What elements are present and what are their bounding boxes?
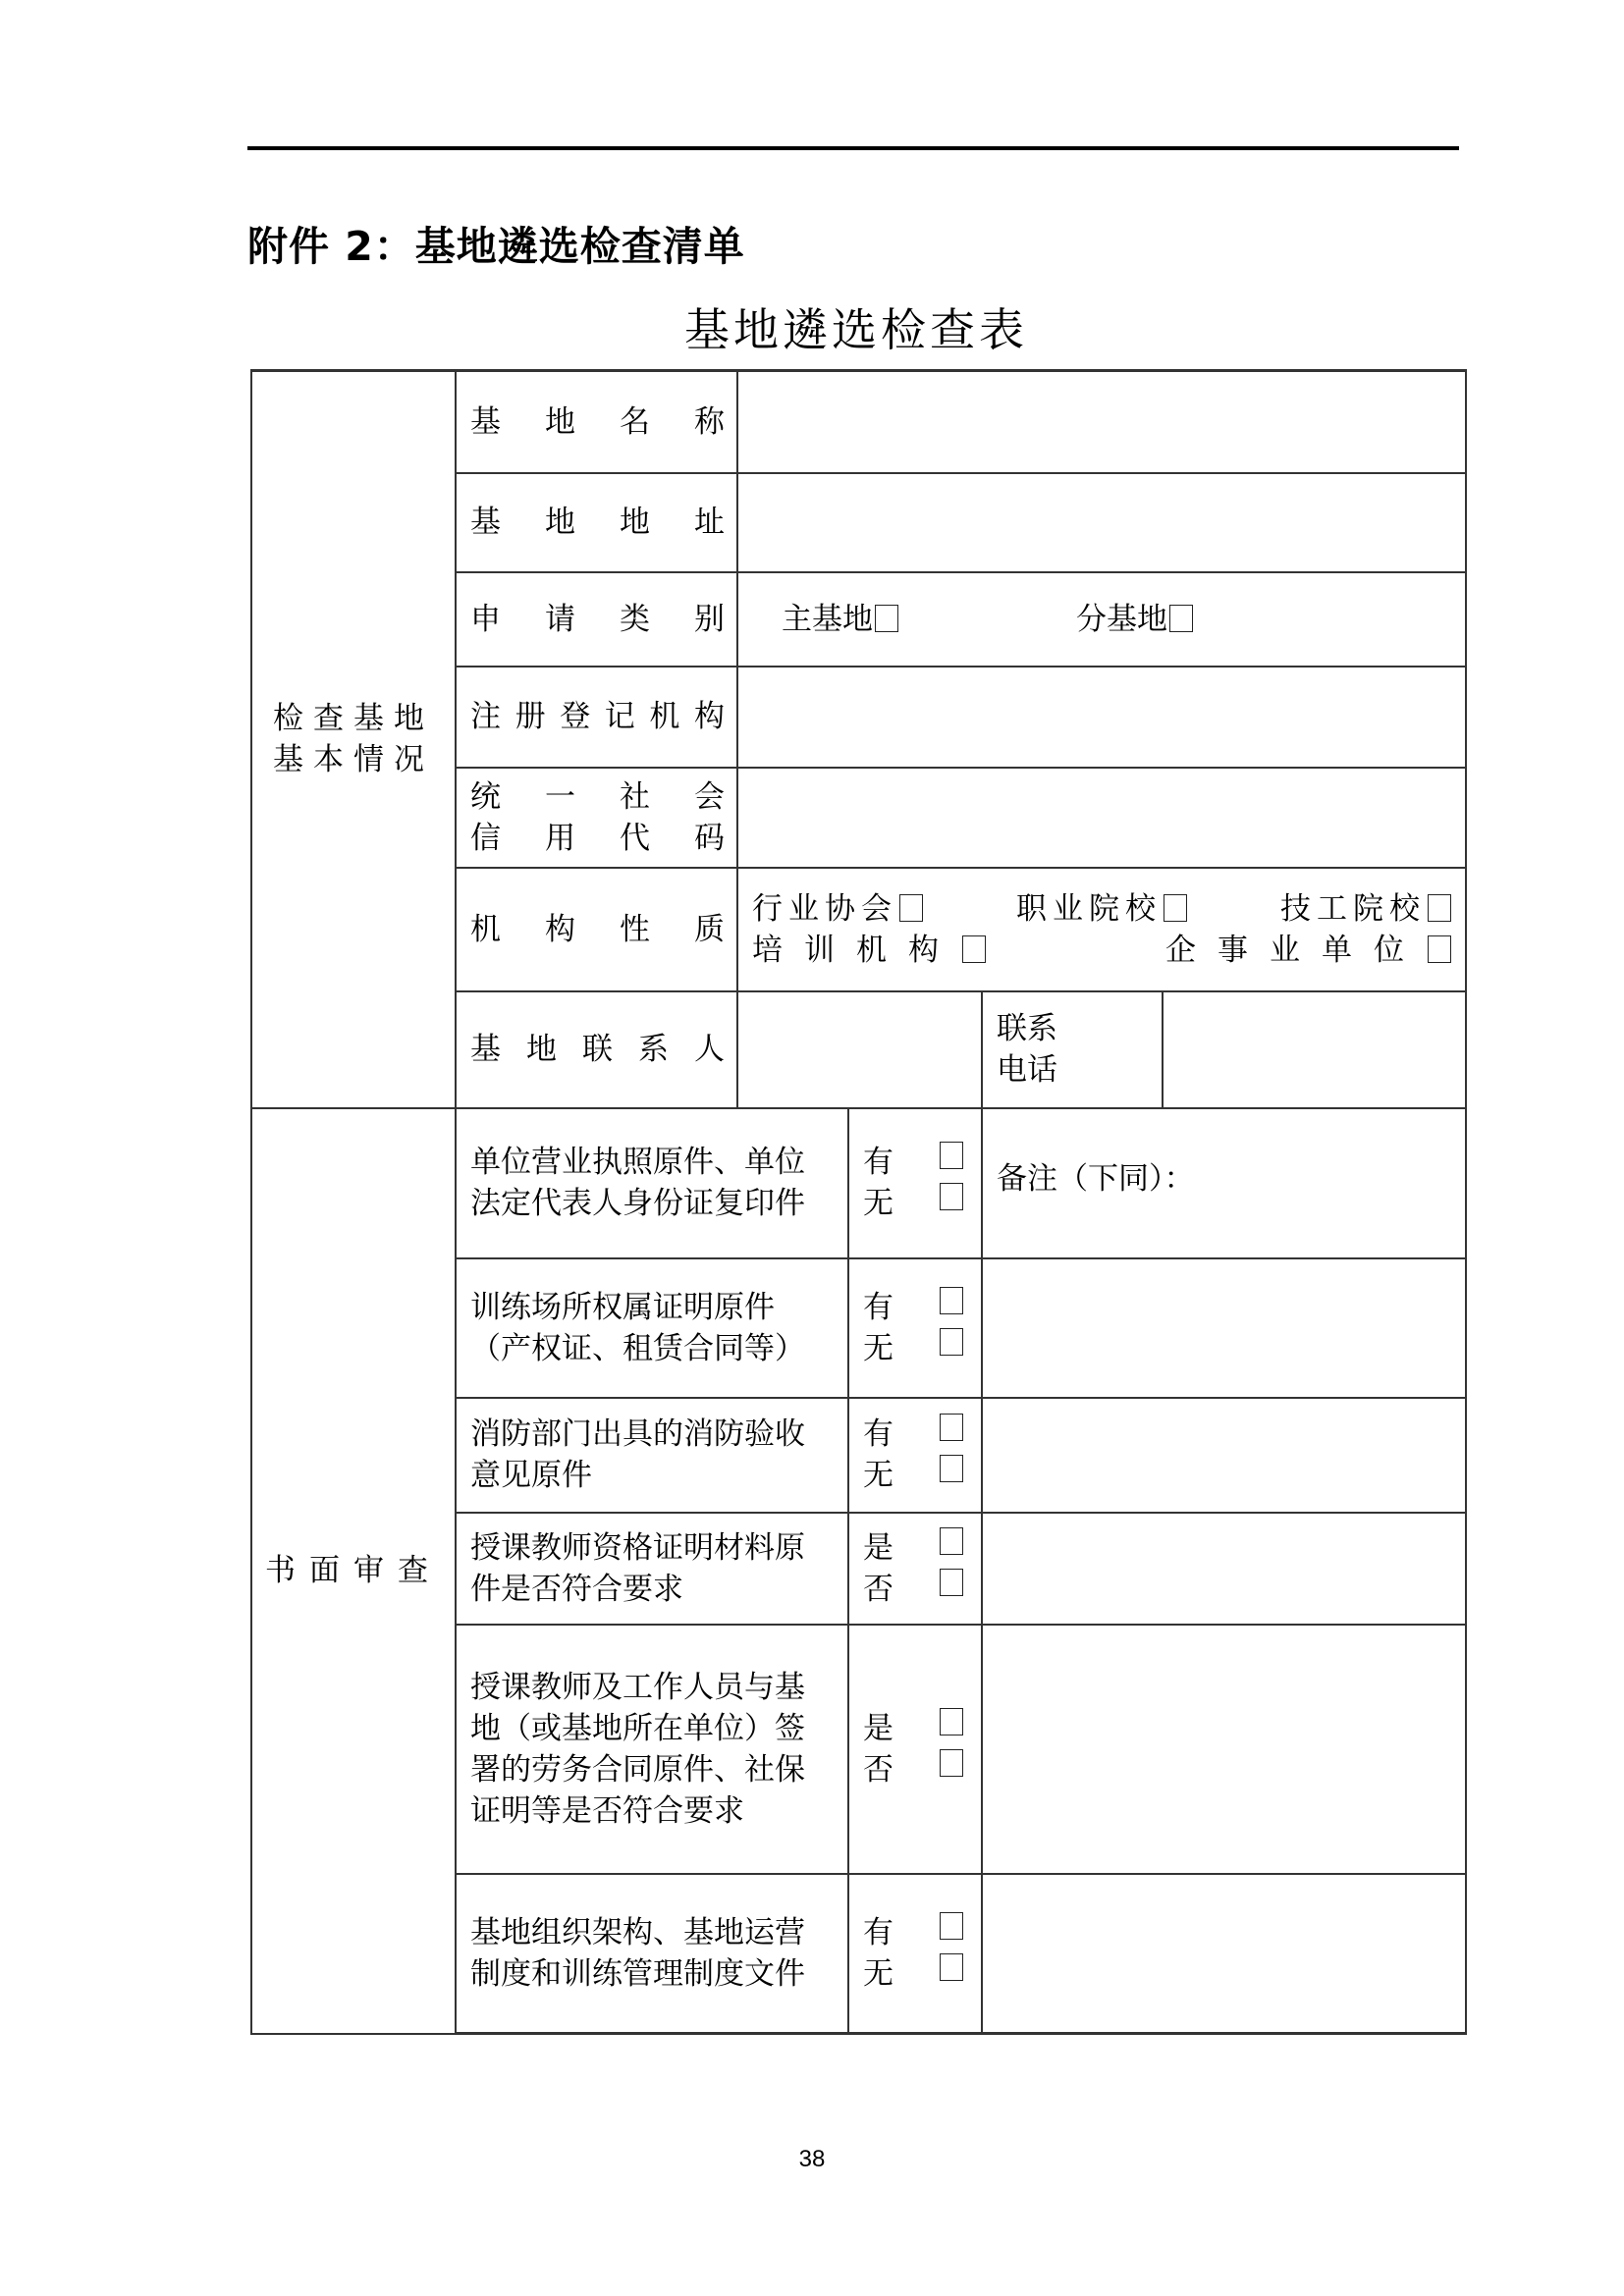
checkbox-icon[interactable]	[940, 1912, 963, 1940]
checkbox-icon[interactable]	[940, 1569, 963, 1596]
label-registration-authority: 注册登记机构	[456, 667, 737, 768]
option-main-base[interactable]: 主基地	[782, 599, 1076, 640]
option-yes[interactable]: 有	[863, 1912, 981, 1953]
review-item-text: 授课教师资格证明材料原件是否符合要求	[456, 1513, 848, 1625]
input-contact-phone[interactable]	[1163, 991, 1466, 1108]
checkbox-icon[interactable]	[940, 1749, 963, 1777]
org-options-row-2: 培训机构 企事业单位	[738, 930, 1465, 971]
checkbox-icon[interactable]	[875, 605, 898, 632]
checkbox-icon[interactable]	[940, 1414, 963, 1441]
remark-cell[interactable]	[982, 1874, 1466, 2034]
label-contact-phone: 联系 电话	[982, 991, 1163, 1108]
review-item-options: 有 无	[848, 1108, 982, 1258]
remark-cell[interactable]	[982, 1625, 1466, 1874]
input-base-name[interactable]	[737, 371, 1466, 473]
option-no[interactable]: 无	[863, 1183, 981, 1224]
form-title: 基地遴选检查表	[0, 294, 1624, 359]
label-application-type: 申请类别	[456, 572, 737, 667]
checkbox-icon[interactable]	[1428, 894, 1451, 922]
checkbox-icon[interactable]	[1164, 894, 1187, 922]
option-industry-association[interactable]: 行业协会	[752, 888, 923, 930]
option-yes[interactable]: 有	[863, 1287, 981, 1328]
review-item-options: 有 无	[848, 1258, 982, 1398]
checkbox-icon[interactable]	[940, 1287, 963, 1314]
option-no[interactable]: 否	[863, 1569, 981, 1610]
review-item-text: 训练场所权属证明原件（产权证、租赁合同等）	[456, 1258, 848, 1398]
option-no[interactable]: 无	[863, 1953, 981, 1995]
application-type-options: 主基地 分基地	[737, 572, 1466, 667]
remark-cell[interactable]	[982, 1258, 1466, 1398]
checkbox-icon[interactable]	[962, 935, 986, 963]
row-base-name: 检查基地基本情况 基地名称	[251, 371, 1466, 473]
review-item-options: 有 无	[848, 1874, 982, 2034]
option-no[interactable]: 无	[863, 1455, 981, 1496]
review-item-text: 授课教师及工作人员与基地（或基地所在单位）签署的劳务合同原件、社保证明等是否符合…	[456, 1625, 848, 1874]
checkbox-icon[interactable]	[899, 894, 923, 922]
remark-cell[interactable]	[982, 1398, 1466, 1513]
page-number: 38	[0, 2146, 1624, 2173]
review-item-options: 有 无	[848, 1398, 982, 1513]
option-yes[interactable]: 是	[863, 1708, 981, 1749]
remark-cell[interactable]: 备注（下同）：	[982, 1108, 1466, 1258]
inspection-form-table: 检查基地基本情况 基地名称 基地地址 申请类别 主基地 分基地 注册登记机构 统…	[250, 369, 1467, 2035]
input-contact-person[interactable]	[737, 991, 982, 1108]
checkbox-icon[interactable]	[940, 1183, 963, 1210]
option-no[interactable]: 否	[863, 1749, 981, 1790]
label-contact-person: 基地联系人	[456, 991, 737, 1108]
section-label-basic-info: 检查基地基本情况	[251, 371, 456, 1108]
checkbox-icon[interactable]	[940, 1455, 963, 1482]
option-vocational-college[interactable]: 职业院校	[1016, 888, 1187, 930]
checkbox-icon[interactable]	[940, 1708, 963, 1735]
review-item-text: 基地组织架构、基地运营制度和训练管理制度文件	[456, 1874, 848, 2034]
label-base-address: 基地地址	[456, 473, 737, 572]
checkbox-icon[interactable]	[940, 1953, 963, 1981]
section-label-document-review: 书面审查	[251, 1108, 456, 2034]
checkbox-icon[interactable]	[1428, 935, 1451, 963]
option-yes[interactable]: 有	[863, 1414, 981, 1455]
checkbox-icon[interactable]	[940, 1527, 963, 1555]
option-technical-college[interactable]: 技工院校	[1280, 888, 1451, 930]
label-credit-code: 统一社会 信用代码	[456, 768, 737, 868]
checkbox-icon[interactable]	[940, 1142, 963, 1169]
option-enterprise-institution[interactable]: 企事业单位	[1165, 930, 1451, 971]
input-credit-code[interactable]	[737, 768, 1466, 868]
input-base-address[interactable]	[737, 473, 1466, 572]
input-registration-authority[interactable]	[737, 667, 1466, 768]
label-base-name: 基地名称	[456, 371, 737, 473]
label-organization-type: 机构性质	[456, 868, 737, 991]
review-item-text: 消防部门出具的消防验收意见原件	[456, 1398, 848, 1513]
review-row: 书面审查 单位营业执照原件、单位法定代表人身份证复印件 有 无 备注（下同）：	[251, 1108, 1466, 1258]
review-item-options: 是 否	[848, 1625, 982, 1874]
org-options-row-1: 行业协会 职业院校 技工院校	[738, 888, 1465, 930]
remark-cell[interactable]	[982, 1513, 1466, 1625]
organization-type-options: 行业协会 职业院校 技工院校 培训机构 企事业单位	[737, 868, 1466, 991]
option-branch-base[interactable]: 分基地	[1076, 599, 1371, 640]
option-yes[interactable]: 有	[863, 1142, 981, 1183]
checkbox-icon[interactable]	[1169, 605, 1193, 632]
remark-label: 备注（下同）：	[997, 1161, 1195, 1197]
option-no[interactable]: 无	[863, 1328, 981, 1369]
review-item-text: 单位营业执照原件、单位法定代表人身份证复印件	[456, 1108, 848, 1258]
review-item-options: 是 否	[848, 1513, 982, 1625]
option-yes[interactable]: 是	[863, 1527, 981, 1569]
header-rule	[247, 146, 1459, 150]
checkbox-icon[interactable]	[940, 1328, 963, 1356]
option-training-institution[interactable]: 培训机构	[752, 930, 986, 971]
section-heading: 附件 2：基地遴选检查清单	[247, 214, 745, 272]
